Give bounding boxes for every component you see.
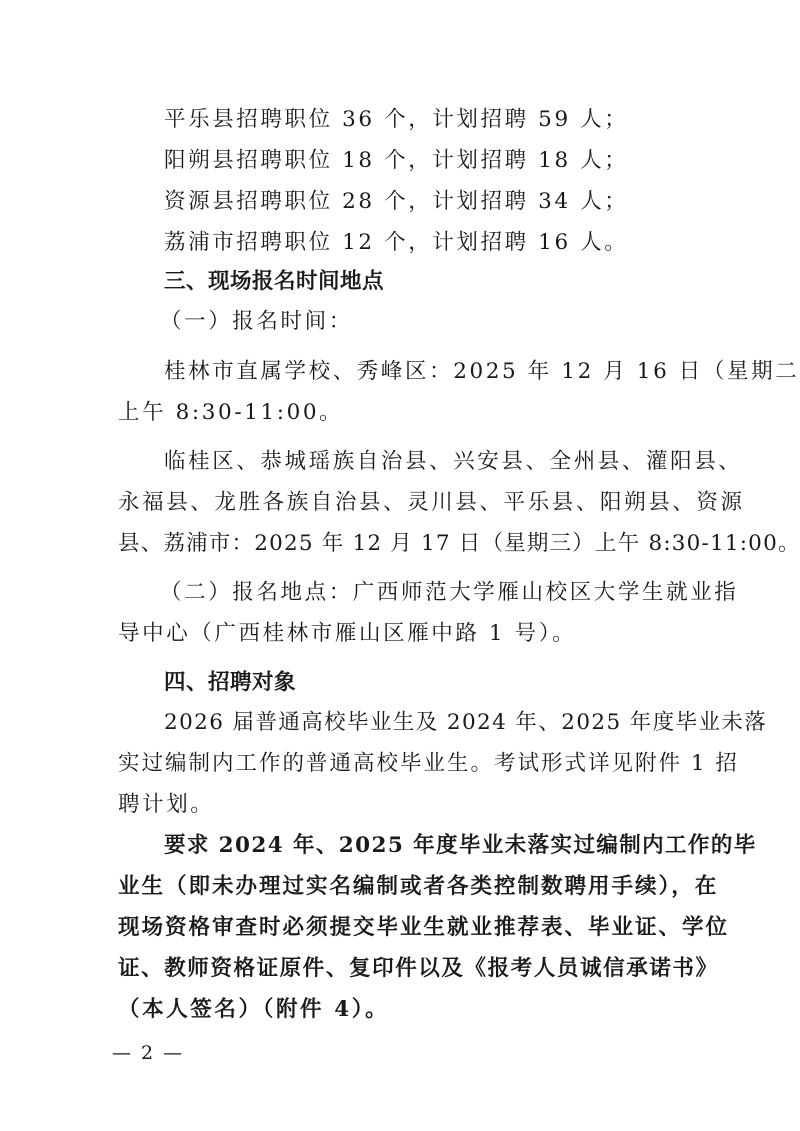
section4-para1-line1: 2026 届普通高校毕业生及 2024 年、2025 年度毕业未落 <box>164 708 739 738</box>
time-para1-line1: 桂林市直属学校、秀峰区：2025 年 12 月 16 日（星期二） <box>164 357 739 387</box>
county-line-yangshuo: 阳朔县招聘职位 18 个，计划招聘 18 人； <box>164 146 739 176</box>
location-line1: （二）报名地点：广西师范大学雁山校区大学生就业指 <box>160 578 735 608</box>
time-para1-line2: 上午 8:30-11:00。 <box>118 398 693 428</box>
section3-heading: 三、现场报名时间地点 <box>164 267 739 297</box>
section4-para1-line3: 聘计划。 <box>118 790 693 820</box>
document-page: 平乐县招聘职位 36 个，计划招聘 59 人； 阳朔县招聘职位 18 个，计划招… <box>0 0 800 1131</box>
time-para2-line2: 永福县、龙胜各族自治县、灵川县、平乐县、阳朔县、资源 <box>118 488 693 518</box>
location-line2: 导中心（广西桂林市雁山区雁中路 1 号）。 <box>118 619 693 649</box>
section4-para2-line2: 业生（即未办理过实名编制或者各类控制数聘用手续），在 <box>118 872 693 902</box>
time-para2-line3: 县、荔浦市：2025 年 12 月 17 日（星期三）上午 8:30-11:00… <box>118 529 693 559</box>
section4-para2-line1: 要求 2024 年、2025 年度毕业未落实过编制内工作的毕 <box>164 831 739 861</box>
section4-para2-line4: 证、教师资格证原件、复印件以及《报考人员诚信承诺书》 <box>118 954 693 984</box>
page-number: — 2 — <box>112 1042 184 1064</box>
sub1-heading: （一）报名时间： <box>160 307 735 337</box>
county-line-ziyuan: 资源县招聘职位 28 个，计划招聘 34 人； <box>164 187 739 217</box>
section4-para2-line5: （本人签名）（附件 4）。 <box>118 995 693 1025</box>
section4-para2-line3: 现场资格审查时必须提交毕业生就业推荐表、毕业证、学位 <box>118 913 693 943</box>
time-para2-line1: 临桂区、恭城瑶族自治县、兴安县、全州县、灌阳县、 <box>164 447 739 477</box>
section4-heading: 四、招聘对象 <box>164 668 739 698</box>
county-line-pingle: 平乐县招聘职位 36 个，计划招聘 59 人； <box>164 105 739 135</box>
section4-para1-line2: 实过编制内工作的普通高校毕业生。考试形式详见附件 1 招 <box>118 749 693 779</box>
county-line-lipu: 荔浦市招聘职位 12 个，计划招聘 16 人。 <box>164 228 739 258</box>
